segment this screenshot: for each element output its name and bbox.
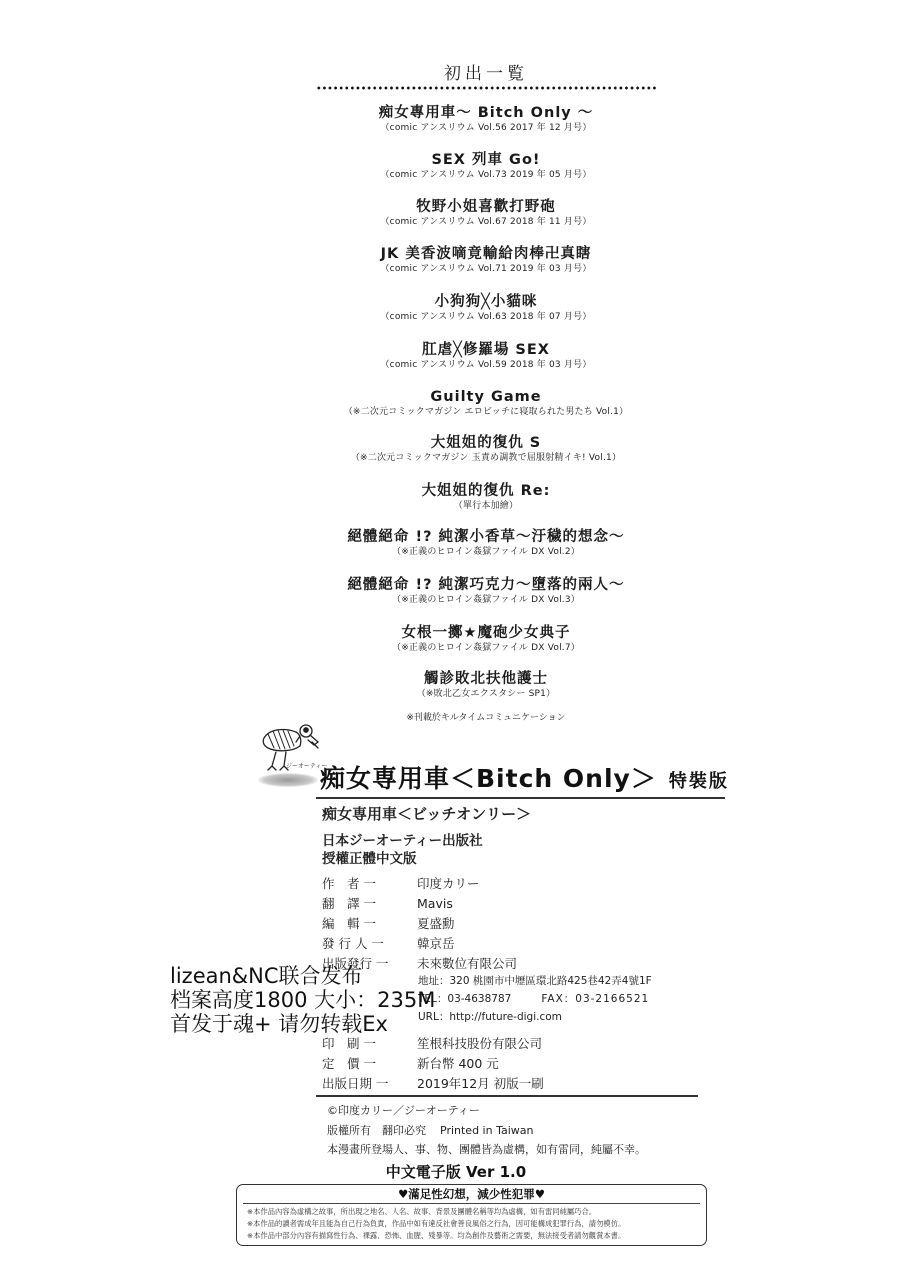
watermark-line: 首发于魂+ 请勿转载Ex: [170, 1012, 435, 1036]
credit-value: 印度カリー: [417, 875, 480, 892]
release-watermark: lizean&NC联合发布 档案高度1800 大小：235M 首发于魂+ 请勿转…: [170, 964, 435, 1036]
story-title: 牧野小姐喜歡打野砲: [0, 198, 912, 216]
rights-reserved: 版權所有 翻印必究: [327, 1124, 426, 1137]
credit-row: 作 者 一印度カリー: [322, 875, 480, 892]
rights-line: 版權所有 翻印必究Printed in Taiwan: [327, 1124, 533, 1138]
credit-label: 定 價 一: [322, 1055, 417, 1072]
notice-line: ※本作品的讀者需成年且能為自己行為負責，作品中如有違反社會善良風俗之行為，因可能…: [237, 1218, 706, 1230]
list-item: 牧野小姐喜歡打野砲 （comic アンスリウム Vol.67 2018 年 11…: [0, 198, 912, 228]
credit-row: 出版日期 一2019年12月 初版一刷: [322, 1075, 544, 1092]
ebook-version: 中文電子版 Ver 1.0: [0, 1161, 912, 1182]
credit-label: 印 刷 一: [322, 1035, 417, 1052]
story-source: （※正義のヒロイン姦獄ファイル DX Vol.3）: [0, 594, 912, 606]
url-link[interactable]: URL：http://future-digi.com: [418, 1010, 562, 1024]
credit-label: 出版日期 一: [322, 1075, 417, 1092]
story-source: （※正義のヒロイン姦獄ファイル DX Vol.2）: [0, 546, 912, 558]
credit-label: 發 行 人 一: [322, 935, 417, 952]
dotted-divider: [316, 86, 656, 90]
story-title: 絕體絕命 !? 純潔小香草～汙穢的想念～: [0, 528, 912, 546]
story-source: （※二次元コミックマガジン 玉責め調教で屈服射精イキ! Vol.1）: [0, 452, 912, 464]
list-item: SEX 列車 Go! （comic アンスリウム Vol.73 2019 年 0…: [0, 151, 912, 181]
title-rule: [316, 797, 725, 799]
list-item: 絕體絕命 !? 純潔小香草～汙穢的想念～ （※正義のヒロイン姦獄ファイル DX …: [0, 528, 912, 558]
story-title: 大姐姐的復仇 S: [0, 434, 912, 452]
story-source: （comic アンスリウム Vol.56 2017 年 12 月号）: [0, 122, 912, 134]
list-item: 大姐姐的復仇 Re: （單行本加繪）: [0, 482, 912, 512]
credit-value: Mavis: [417, 895, 453, 912]
list-item: JK 美香波嘀竟輸給肉棒卍真瞎 （comic アンスリウム Vol.71 201…: [0, 245, 912, 275]
serialization-note: ※刊載於キルタイムコミュニケーション: [0, 710, 912, 723]
fax: FAX：03-2166521: [541, 993, 649, 1005]
logo-shadow: [258, 773, 318, 787]
credit-label: 編 輯 一: [322, 915, 417, 932]
story-source: （※敗北乙女エクスタシー SP1）: [0, 688, 912, 700]
credit-value: 韓京岳: [417, 935, 455, 952]
credit-row: 定 價 一新台幣 400 元: [322, 1055, 499, 1072]
list-item: 女根一擲★魔砲少女典子 （※正義のヒロイン姦獄ファイル DX Vol.7）: [0, 624, 912, 654]
credit-value: 新台幣 400 元: [417, 1055, 499, 1072]
story-title: 小狗狗╳小貓咪: [0, 293, 912, 311]
story-source: （※二次元コミックマガジン エロビッチに寝取られた男たち Vol.1）: [0, 406, 912, 418]
story-title: 痴女專用車～ Bitch Only ～: [0, 104, 912, 122]
notice-divider: [243, 1203, 700, 1204]
story-source: （※正義のヒロイン姦獄ファイル DX Vol.7）: [0, 642, 912, 654]
story-title: 絕體絕命 !? 純潔巧克力～墮落的兩人～: [0, 576, 912, 594]
credit-row: 編 輯 一夏盛勳: [322, 915, 455, 932]
book-title-main: 痴女専用車＜Bitch Only＞: [320, 764, 657, 793]
list-item: 肛虐╳修羅場 SEX （comic アンスリウム Vol.59 2018 年 0…: [0, 341, 912, 371]
list-item: 觸診敗北扶他護士 （※敗北乙女エクスタシー SP1）: [0, 670, 912, 700]
story-title: Guilty Game: [0, 388, 912, 406]
printed-in: Printed in Taiwan: [440, 1124, 533, 1137]
copyright-line: ©印度カリー／ジーオーティー: [327, 1104, 480, 1118]
license-label: 授權正體中文版: [322, 850, 483, 868]
edition-label: 特裝版: [669, 771, 729, 792]
story-source: （comic アンスリウム Vol.59 2018 年 03 月号）: [0, 359, 912, 371]
book-title: 痴女専用車＜Bitch Only＞特裝版: [320, 764, 729, 797]
publisher-name: 日本ジーオーティー出版社: [322, 832, 483, 850]
story-title: 觸診敗北扶他護士: [0, 670, 912, 688]
first-appearance-title: 初出一覧: [0, 59, 912, 84]
credit-label: 作 者 一: [322, 875, 417, 892]
story-source: （comic アンスリウム Vol.73 2019 年 05 月号）: [0, 169, 912, 181]
story-source: （comic アンスリウム Vol.71 2019 年 03 月号）: [0, 263, 912, 275]
list-item: 小狗狗╳小貓咪 （comic アンスリウム Vol.63 2018 年 07 月…: [0, 293, 912, 323]
credit-value: 夏盛勳: [417, 915, 455, 932]
story-title: SEX 列車 Go!: [0, 151, 912, 169]
credit-row: 翻 譯 一Mavis: [322, 895, 453, 912]
notice-box: ♥滿足性幻想，減少性犯罪♥ ※本作品內容為虛構之故事，所出現之地名、人名、故事、…: [236, 1184, 707, 1246]
list-item: 大姐姐的復仇 S （※二次元コミックマガジン 玉責め調教で屈服射精イキ! Vol…: [0, 434, 912, 464]
story-title: 大姐姐的復仇 Re:: [0, 482, 912, 500]
credit-row: 印 刷 一笙根科技股份有限公司: [322, 1035, 542, 1052]
credit-label: 翻 譯 一: [322, 895, 417, 912]
fiction-disclaimer: 本漫畫所登場人、事、物、團體皆為虛構，如有雷同，純屬不幸。: [327, 1143, 646, 1157]
colophon-rule: [316, 1095, 698, 1097]
book-subtitle: 痴女専用車＜ビッチオンリー＞: [322, 803, 531, 824]
credit-value: 笙根科技股份有限公司: [417, 1035, 542, 1052]
credit-value: 2019年12月 初版一刷: [417, 1075, 544, 1092]
address: 地址：320 桃園市中壢區環北路425巷42弄4號1F: [418, 974, 652, 988]
watermark-line: 档案高度1800 大小：235M: [170, 988, 435, 1012]
story-source: （單行本加繪）: [0, 500, 912, 512]
story-title: 肛虐╳修羅場 SEX: [0, 341, 912, 359]
notice-line: ※本作品中部分內容有描寫性行為、裸露、恐怖、血腥、殘暴等。均為創作及藝術之需要，…: [237, 1230, 706, 1242]
story-title: JK 美香波嘀竟輸給肉棒卍真瞎: [0, 245, 912, 263]
story-title: 女根一擲★魔砲少女典子: [0, 624, 912, 642]
story-source: （comic アンスリウム Vol.63 2018 年 07 月号）: [0, 311, 912, 323]
credit-row: 發 行 人 一韓京岳: [322, 935, 455, 952]
publisher-block: 日本ジーオーティー出版社 授權正體中文版: [322, 832, 483, 868]
watermark-line: lizean&NC联合发布: [170, 964, 435, 988]
list-item: Guilty Game （※二次元コミックマガジン エロビッチに寝取られた男たち…: [0, 388, 912, 418]
list-item: 絕體絕命 !? 純潔巧克力～墮落的兩人～ （※正義のヒロイン姦獄ファイル DX …: [0, 576, 912, 606]
notice-line: ※本作品內容為虛構之故事，所出現之地名、人名、故事、背景及團體名稱等均為虛構，如…: [237, 1206, 706, 1218]
contact-phone-fax: TEL：03-4638787FAX：03-2166521: [418, 992, 649, 1006]
list-item: 痴女專用車～ Bitch Only ～ （comic アンスリウム Vol.56…: [0, 104, 912, 134]
story-source: （comic アンスリウム Vol.67 2018 年 11 月号）: [0, 216, 912, 228]
notice-heading: ♥滿足性幻想，減少性犯罪♥: [237, 1186, 706, 1202]
